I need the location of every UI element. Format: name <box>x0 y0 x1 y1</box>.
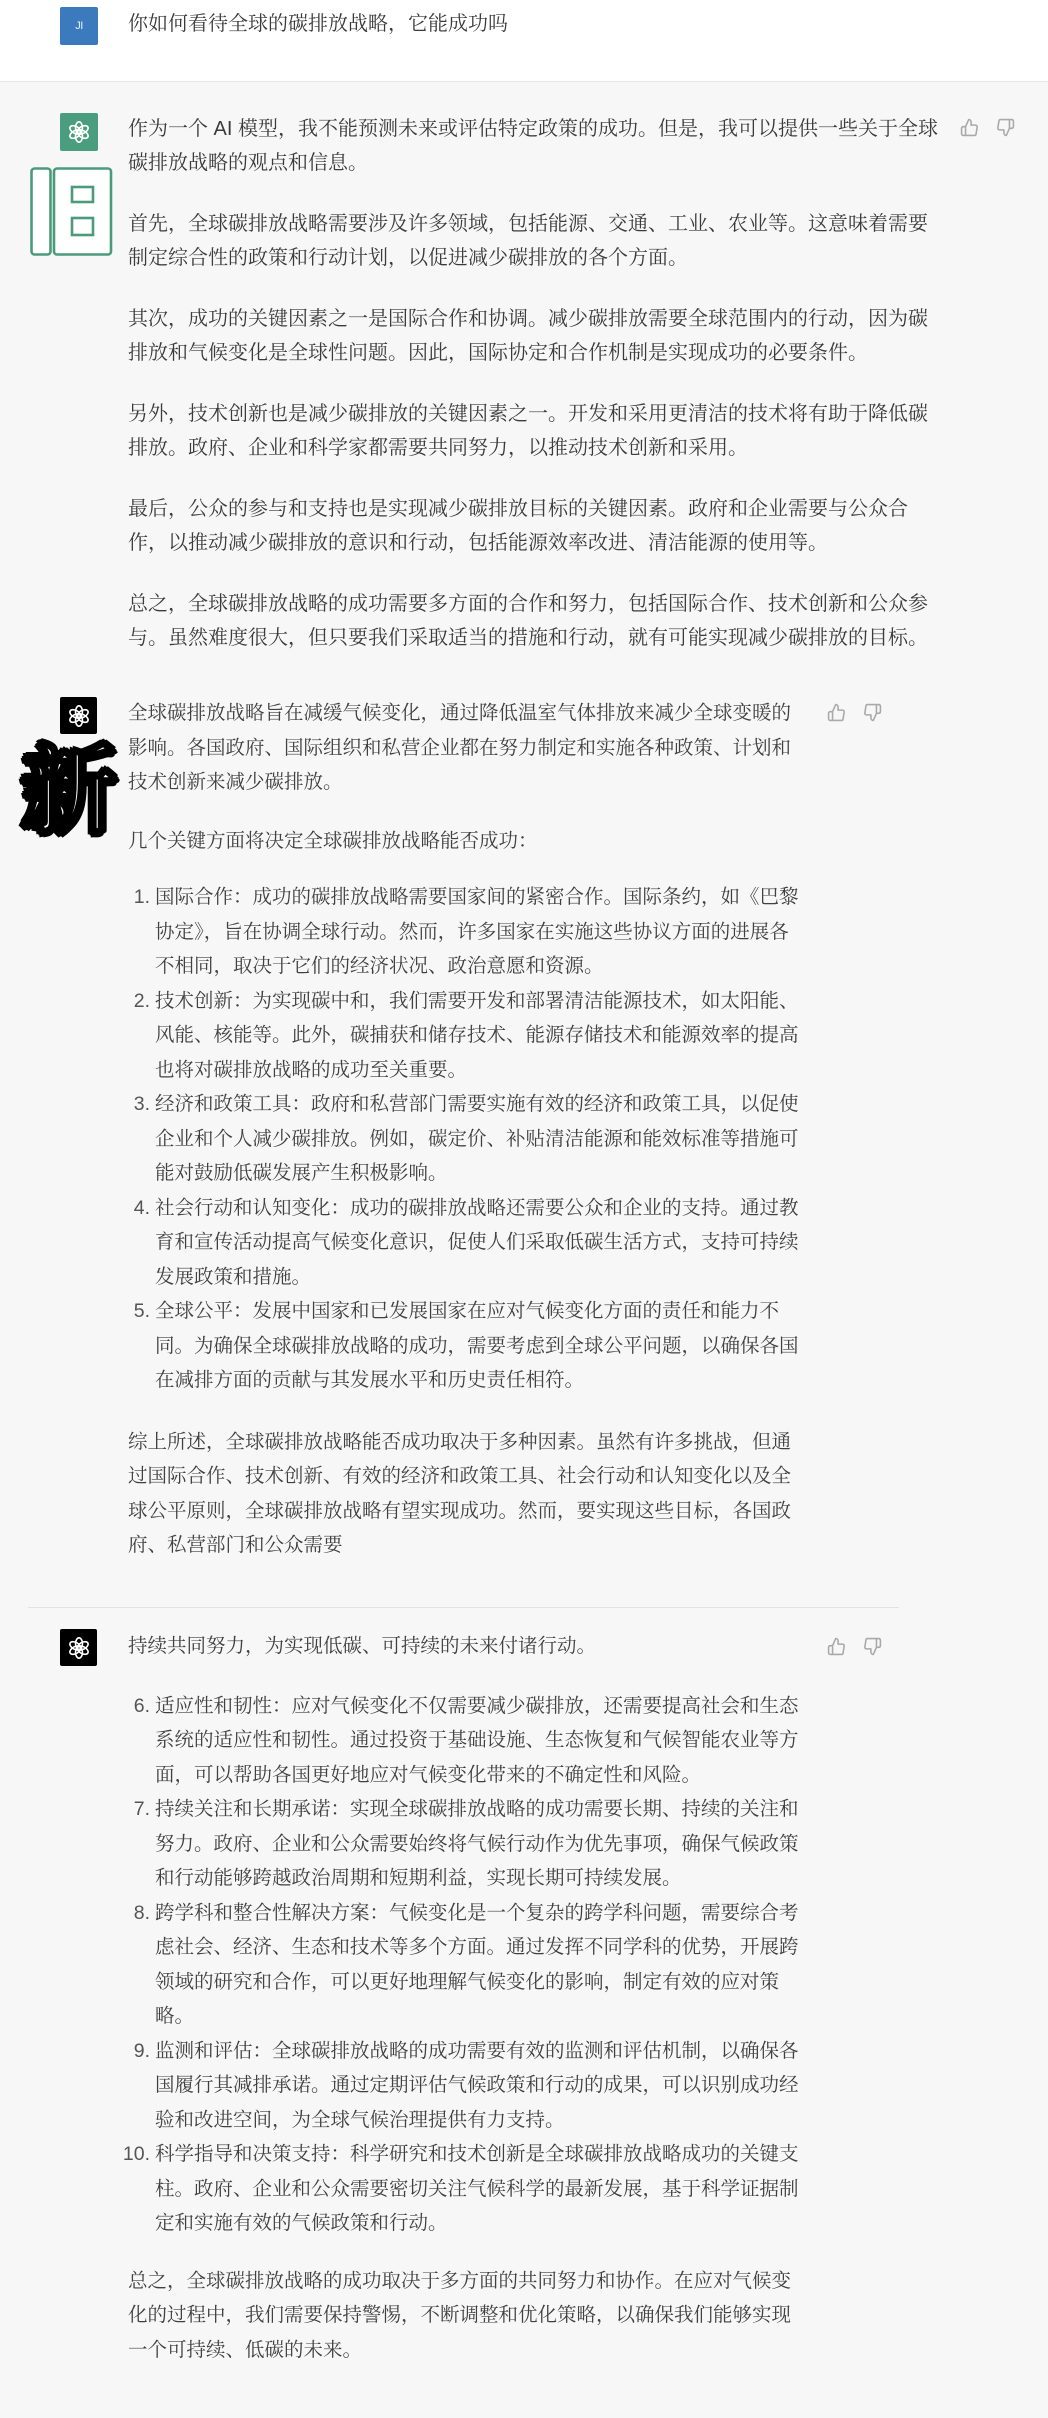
message-divider <box>28 1607 899 1608</box>
old-label-right-box <box>54 169 111 255</box>
list-item-text: 全球公平：发展中国家和已发展国家在应对气候变化方面的责任和能力不同。为确保全球碳… <box>155 1300 799 1391</box>
paragraph: 持续共同努力，为实现低碳、可持续的未来付诸行动。 <box>128 1629 802 1664</box>
list-item-number: 7. <box>134 1792 150 1827</box>
paragraph: 其次，成功的关键因素之一是国际合作和协调。减少碳排放需要全球范围内的行动，因为碳… <box>128 302 943 370</box>
list-item: 8. 跨学科和整合性解决方案：气候变化是一个复杂的跨学科问题，需要综合考虑社会、… <box>128 1896 802 2034</box>
list-item: 1. 国际合作：成功的碳排放战略需要国家间的紧密合作。国际条约，如《巴黎协定》，… <box>128 880 802 984</box>
openai-logo-knot <box>68 705 89 725</box>
old-label-lower-square <box>72 218 93 235</box>
list-item: 4. 社会行动和认知变化：成功的碳排放战略还需要公众和企业的支持。通过教育和宣传… <box>128 1191 802 1295</box>
list-item-number: 8. <box>134 1896 150 1931</box>
assistant-avatar-new <box>60 1629 97 1666</box>
list-item-text: 科学指导和决策支持：科学研究和技术创新是全球碳排放战略成功的关键支柱。政府、企业… <box>155 2143 799 2234</box>
list-item: 3. 经济和政策工具：政府和私营部门需要实施有效的经济和政策工具，以促使企业和个… <box>128 1087 802 1191</box>
old-label-upper-square <box>72 187 93 202</box>
paragraph: 最后，公众的参与和支持也是实现减少碳排放目标的关键因素。政府和企业需要与公众合作… <box>128 492 943 560</box>
paragraph: 作为一个 AI 模型，我不能预测未来或评估特定政策的成功。但是，我可以提供一些关… <box>128 112 943 180</box>
thumbs-up-button[interactable] <box>960 118 979 137</box>
list-item-text: 社会行动和认知变化：成功的碳排放战略还需要公众和企业的支持。通过教育和宣传活动提… <box>155 1197 799 1288</box>
thumbs-down-button[interactable] <box>863 1637 882 1656</box>
list-item: 10. 科学指导和决策支持：科学研究和技术创新是全球碳排放战略成功的关键支柱。政… <box>128 2137 802 2241</box>
assistant-avatar-new <box>60 697 97 734</box>
thumbs-up-button[interactable] <box>827 703 846 722</box>
thumbs-up-icon <box>827 1637 846 1656</box>
thumbs-down-icon <box>863 703 882 722</box>
user-message-text: 你如何看待全球的碳排放战略，它能成功吗 <box>128 7 508 41</box>
openai-logo-icon <box>66 1635 92 1661</box>
list-item-text: 技术创新：为实现碳中和，我们需要开发和部署清洁能源技术，如太阳能、风能、核能等。… <box>155 990 799 1081</box>
conclusion-paragraph: 总之，全球碳排放战略的成功取决于多方面的共同努力和协作。在应对气候变化的过程中，… <box>128 2264 802 2368</box>
list-item-number: 2. <box>134 984 150 1019</box>
list-item-number: 6. <box>134 1689 150 1724</box>
list-item-text: 适应性和韧性：应对气候变化不仅需要减少碳排放，还需要提高社会和生态系统的适应性和… <box>155 1695 799 1786</box>
thumbs-up-icon <box>827 703 846 722</box>
list-item-number: 9. <box>134 2034 150 2069</box>
openai-logo-knot <box>68 122 89 142</box>
openai-logo-knot <box>68 1637 89 1657</box>
list-item: 2. 技术创新：为实现碳中和，我们需要开发和部署清洁能源技术，如太阳能、风能、核… <box>128 984 802 1088</box>
openai-logo-icon <box>66 703 92 729</box>
list-item: 5. 全球公平：发展中国家和已发展国家在应对气候变化方面的责任和能力不同。为确保… <box>128 1294 802 1398</box>
list-item: 9. 监测和评估：全球碳排放战略的成功需要有效的监测和评估机制，以确保各国履行其… <box>128 2034 802 2138</box>
list-item-text: 经济和政策工具：政府和私营部门需要实施有效的经济和政策工具，以促使企业和个人减少… <box>155 1093 799 1184</box>
new-version-label: 新 <box>22 736 116 846</box>
response-new-body: 全球碳排放战略旨在减缓气候变化，通过降低温室气体排放来减少全球变暖的影响。各国政… <box>128 696 802 1563</box>
thumbs-down-icon <box>863 1637 882 1656</box>
list-item-number: 4. <box>134 1191 150 1226</box>
response-old-body: 作为一个 AI 模型，我不能预测未来或评估特定政策的成功。但是，我可以提供一些关… <box>128 112 943 655</box>
list-item-text: 监测和评估：全球碳排放战略的成功需要有效的监测和评估机制，以确保各国履行其减排承… <box>155 2040 799 2131</box>
numbered-list: 6. 适应性和韧性：应对气候变化不仅需要减少碳排放，还需要提高社会和生态系统的适… <box>128 1689 802 2241</box>
thumbs-down-button[interactable] <box>863 703 882 722</box>
conclusion-paragraph: 综上所述，全球碳排放战略能否成功取决于多种因素。虽然有许多挑战，但通过国际合作、… <box>128 1425 802 1563</box>
response-continued-body: 持续共同努力，为实现低碳、可持续的未来付诸行动。 6. 适应性和韧性：应对气候变… <box>128 1629 802 2367</box>
user-message-row: JI 你如何看待全球的碳排放战略，它能成功吗 <box>0 0 1048 82</box>
old-version-label-icon <box>30 167 113 256</box>
paragraph: 全球碳排放战略旨在减缓气候变化，通过降低温室气体排放来减少全球变暖的影响。各国政… <box>128 696 802 800</box>
thumbs-down-icon <box>996 118 1015 137</box>
assistant-avatar-old <box>60 113 98 151</box>
old-label-strokes <box>32 169 112 255</box>
list-item: 7. 持续关注和长期承诺：实现全球碳排放战略的成功需要长期、持续的关注和努力。政… <box>128 1792 802 1896</box>
list-item-number: 10. <box>123 2137 150 2172</box>
list-item-text: 跨学科和整合性解决方案：气候变化是一个复杂的跨学科问题，需要综合考虑社会、经济、… <box>155 1902 799 2028</box>
paragraph: 几个关键方面将决定全球碳排放战略能否成功： <box>128 824 802 859</box>
list-item: 6. 适应性和韧性：应对气候变化不仅需要减少碳排放，还需要提高社会和生态系统的适… <box>128 1689 802 1793</box>
thumbs-up-button[interactable] <box>827 1637 846 1656</box>
list-item-text: 国际合作：成功的碳排放战略需要国家间的紧密合作。国际条约，如《巴黎协定》，旨在协… <box>155 886 799 977</box>
old-label-left-bar <box>32 169 51 255</box>
thumbs-up-icon <box>960 118 979 137</box>
list-item-number: 3. <box>134 1087 150 1122</box>
list-item-number: 1. <box>134 880 150 915</box>
paragraph: 总之，全球碳排放战略的成功需要多方面的合作和努力，包括国际合作、技术创新和公众参… <box>128 587 943 655</box>
numbered-list: 1. 国际合作：成功的碳排放战略需要国家间的紧密合作。国际条约，如《巴黎协定》，… <box>128 880 802 1398</box>
list-item-number: 5. <box>134 1294 150 1329</box>
paragraph: 首先，全球碳排放战略需要涉及许多领域，包括能源、交通、工业、农业等。这意味着需要… <box>128 207 943 275</box>
openai-logo-icon <box>66 119 92 145</box>
thumbs-down-button[interactable] <box>996 118 1015 137</box>
paragraph: 另外，技术创新也是减少碳排放的关键因素之一。开发和采用更清洁的技术将有助于降低碳… <box>128 397 943 465</box>
list-item-text: 持续关注和长期承诺：实现全球碳排放战略的成功需要长期、持续的关注和努力。政府、企… <box>155 1798 799 1889</box>
user-avatar: JI <box>60 7 98 45</box>
